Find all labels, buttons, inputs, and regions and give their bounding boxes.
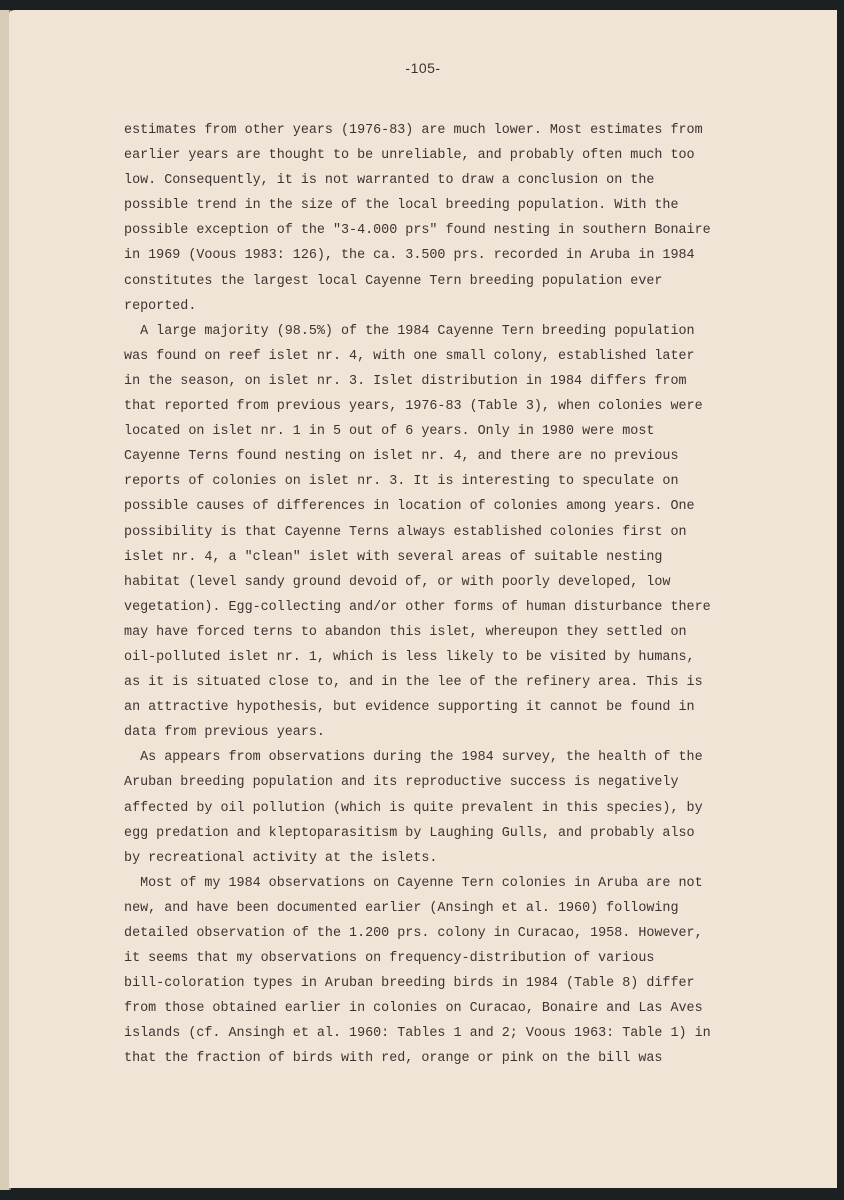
text-line: detailed observation of the 1.200 prs. c… (116, 921, 756, 946)
text-line: located on islet nr. 1 in 5 out of 6 yea… (116, 419, 756, 444)
text-line: Most of my 1984 observations on Cayenne … (116, 871, 756, 896)
text-line: egg predation and kleptoparasitism by La… (116, 821, 756, 846)
text-line: Cayenne Terns found nesting on islet nr.… (116, 444, 756, 469)
text-line: data from previous years. (116, 720, 756, 745)
text-line: bill-coloration types in Aruban breeding… (116, 971, 756, 996)
text-line: it seems that my observations on frequen… (116, 946, 756, 971)
text-line: by recreational activity at the islets. (116, 846, 756, 871)
document-page: -105- estimates from other years (1976-8… (9, 10, 837, 1188)
text-line: possible trend in the size of the local … (116, 193, 756, 218)
text-line: in 1969 (Voous 1983: 126), the ca. 3.500… (116, 243, 756, 268)
text-line: was found on reef islet nr. 4, with one … (116, 344, 756, 369)
body-text: estimates from other years (1976-83) are… (116, 118, 756, 1072)
text-line: A large majority (98.5%) of the 1984 Cay… (116, 319, 756, 344)
text-line: that the fraction of birds with red, ora… (116, 1046, 756, 1071)
text-line: possible causes of differences in locati… (116, 494, 756, 519)
text-line: Aruban breeding population and its repro… (116, 770, 756, 795)
text-line: that reported from previous years, 1976-… (116, 394, 756, 419)
text-line: new, and have been documented earlier (A… (116, 896, 756, 921)
text-line: possible exception of the "3-4.000 prs" … (116, 218, 756, 243)
text-line: vegetation). Egg-collecting and/or other… (116, 595, 756, 620)
text-line: low. Consequently, it is not warranted t… (116, 168, 756, 193)
text-line: in the season, on islet nr. 3. Islet dis… (116, 369, 756, 394)
text-line: an attractive hypothesis, but evidence s… (116, 695, 756, 720)
text-line: affected by oil pollution (which is quit… (116, 796, 756, 821)
page-number: -105- (9, 60, 837, 76)
text-line: as it is situated close to, and in the l… (116, 670, 756, 695)
text-line: islands (cf. Ansingh et al. 1960: Tables… (116, 1021, 756, 1046)
text-line: possibility is that Cayenne Terns always… (116, 520, 756, 545)
text-line: habitat (level sandy ground devoid of, o… (116, 570, 756, 595)
text-line: earlier years are thought to be unreliab… (116, 143, 756, 168)
text-line: estimates from other years (1976-83) are… (116, 118, 756, 143)
text-line: As appears from observations during the … (116, 745, 756, 770)
text-line: reports of colonies on islet nr. 3. It i… (116, 469, 756, 494)
text-line: constitutes the largest local Cayenne Te… (116, 269, 756, 294)
text-line: oil-polluted islet nr. 1, which is less … (116, 645, 756, 670)
text-line: islet nr. 4, a "clean" islet with severa… (116, 545, 756, 570)
text-line: from those obtained earlier in colonies … (116, 996, 756, 1021)
text-line: may have forced terns to abandon this is… (116, 620, 756, 645)
text-line: reported. (116, 294, 756, 319)
